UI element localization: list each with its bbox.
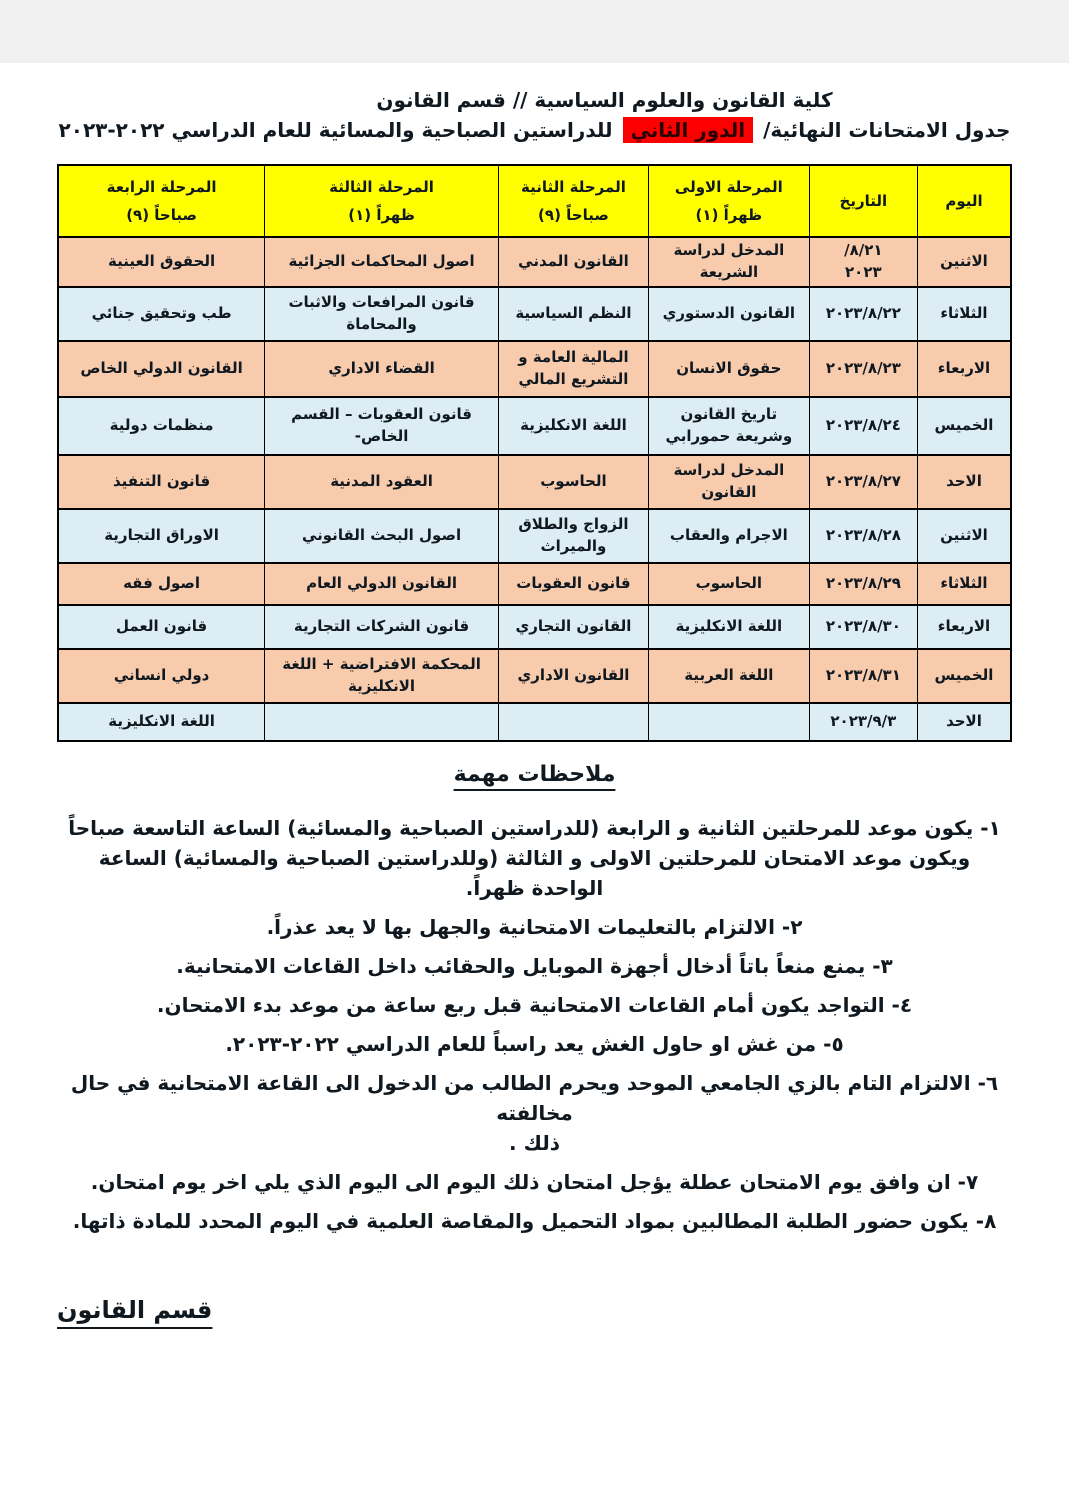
cell-stage3: [265, 703, 499, 741]
cell-stage1: حقوق الانسان: [648, 341, 809, 397]
column-header-time: (٩) صباحاً: [504, 205, 643, 225]
cell-stage2: القانون المدني: [498, 237, 648, 287]
cell-day: الاحد: [917, 455, 1011, 509]
column-header-label: المرحلة الثالثة: [270, 177, 493, 197]
table-header: اليومالتاريخالمرحلة الاولى(١) ظهراًالمرح…: [58, 165, 1011, 237]
cell-stage4: قانون العمل: [58, 605, 265, 649]
cell-stage2: القانون الاداري: [498, 649, 648, 703]
cell-stage3: المحكمة الافتراضية + اللغة الانكليزية: [265, 649, 499, 703]
cell-date: ٢٠٢٣/٨/٢٣: [809, 341, 917, 397]
cell-stage3: العقود المدنية: [265, 455, 499, 509]
cell-day: الثلاثاء: [917, 287, 1011, 341]
cell-stage4: اللغة الانكليزية: [58, 703, 265, 741]
header-row: اليومالتاريخالمرحلة الاولى(١) ظهراًالمرح…: [58, 165, 1011, 237]
cell-date: ٢٠٢٣/٨/٢٧: [809, 455, 917, 509]
note-item: ٧- ان وافق يوم الامتحان عطلة يؤجل امتحان…: [32, 1167, 1037, 1197]
column-header-label: المرحلة الاولى: [654, 177, 804, 197]
cell-stage1: المدخل لدراسة الشريعة: [648, 237, 809, 287]
table-row: الخميس٢٠٢٣/٨/٣١اللغة العربيةالقانون الاد…: [58, 649, 1011, 703]
table-row: الاربعاء٢٠٢٣/٨/٢٣حقوق الانسانالمالية الع…: [58, 341, 1011, 397]
note-item: ٤- التواجد يكون أمام القاعات الامتحانية …: [32, 990, 1037, 1020]
cell-stage3: قانون الشركات التجارية: [265, 605, 499, 649]
cell-stage4: منظمات دولية: [58, 397, 265, 455]
cell-stage4: قانون التنفيذ: [58, 455, 265, 509]
college-title: كلية القانون والعلوم السياسية // قسم الق…: [70, 88, 1069, 112]
column-header-label: التاريخ: [815, 191, 912, 211]
cell-stage3: اصول المحاكمات الجزائية: [265, 237, 499, 287]
cell-day: الخميس: [917, 397, 1011, 455]
table-row: الاحد٢٠٢٣/٨/٢٧المدخل لدراسة القانونالحاس…: [58, 455, 1011, 509]
department-signature: قسم القانون: [0, 1296, 1069, 1324]
column-header-time: (١) ظهراً: [270, 205, 493, 225]
column-header-time: (٩) صباحاً: [64, 205, 259, 225]
column-header-stage2: المرحلة الثانية(٩) صباحاً: [498, 165, 648, 237]
note-item: ٨- يكون حضور الطلبة المطالبين بمواد التح…: [32, 1206, 1037, 1236]
table-row: الاثنين٨/٢١/ ٢٠٢٣المدخل لدراسة الشريعةال…: [58, 237, 1011, 287]
cell-stage1: تاريخ القانون وشريعة حمورابي: [648, 397, 809, 455]
cell-day: الاربعاء: [917, 341, 1011, 397]
column-header-time: (١) ظهراً: [654, 205, 804, 225]
cell-day: الثلاثاء: [917, 563, 1011, 605]
notes-heading: ملاحظات مهمة: [0, 762, 1069, 787]
exam-schedule-table: اليومالتاريخالمرحلة الاولى(١) ظهراًالمرح…: [57, 164, 1012, 742]
cell-stage2: النظم السياسية: [498, 287, 648, 341]
cell-day: الاربعاء: [917, 605, 1011, 649]
cell-stage2: القانون التجاري: [498, 605, 648, 649]
note-item: ٦- الالتزام التام بالزي الجامعي الموحد و…: [32, 1068, 1037, 1158]
schedule-title: جدول الامتحانات النهائية/ الدور الثاني ل…: [0, 118, 1069, 142]
table-row: الاربعاء٢٠٢٣/٨/٣٠اللغة الانكليزيةالقانون…: [58, 605, 1011, 649]
cell-stage3: قانون المرافعات والاثبات والمحاماة: [265, 287, 499, 341]
cell-day: الاحد: [917, 703, 1011, 741]
cell-date: ٢٠٢٣/٨/٣١: [809, 649, 917, 703]
cell-stage1: الاجرام والعقاب: [648, 509, 809, 563]
cell-stage2: الحاسوب: [498, 455, 648, 509]
column-header-stage3: المرحلة الثالثة(١) ظهراً: [265, 165, 499, 237]
cell-date: ٢٠٢٣/٩/٣: [809, 703, 917, 741]
table-row: الاثنين٢٠٢٣/٨/٢٨الاجرام والعقابالزواج وا…: [58, 509, 1011, 563]
exam-round-highlight: الدور الثاني: [623, 117, 754, 143]
schedule-title-pre: جدول الامتحانات النهائية/: [756, 118, 1010, 142]
column-header-stage1: المرحلة الاولى(١) ظهراً: [648, 165, 809, 237]
table-row: الخميس٢٠٢٣/٨/٢٤تاريخ القانون وشريعة حمور…: [58, 397, 1011, 455]
cell-stage1: [648, 703, 809, 741]
column-header-label: المرحلة الثانية: [504, 177, 643, 197]
cell-date: ٢٠٢٣/٨/٢٤: [809, 397, 917, 455]
top-strip: [0, 0, 1069, 63]
note-item: ٢- الالتزام بالتعليمات الامتحانية والجهل…: [32, 912, 1037, 942]
column-header-label: المرحلة الرابعة: [64, 177, 259, 197]
cell-stage4: اصول فقه: [58, 563, 265, 605]
cell-date: ٢٠٢٣/٨/٢٩: [809, 563, 917, 605]
table-body: الاثنين٨/٢١/ ٢٠٢٣المدخل لدراسة الشريعةال…: [58, 237, 1011, 741]
cell-stage4: طب وتحقيق جنائي: [58, 287, 265, 341]
department-signature-text: قسم القانون: [57, 1296, 212, 1324]
cell-stage3: القانون الدولي العام: [265, 563, 499, 605]
table-row: الثلاثاء٢٠٢٣/٨/٢٩الحاسوبقانون العقوباتال…: [58, 563, 1011, 605]
cell-stage2: المالية العامة و التشريع المالي: [498, 341, 648, 397]
column-header-label: اليوم: [923, 191, 1005, 211]
cell-date: ٢٠٢٣/٨/٣٠: [809, 605, 917, 649]
cell-stage3: القضاء الاداري: [265, 341, 499, 397]
column-header-stage4: المرحلة الرابعة(٩) صباحاً: [58, 165, 265, 237]
cell-stage2: اللغة الانكليزية: [498, 397, 648, 455]
column-header-date: التاريخ: [809, 165, 917, 237]
cell-day: الاثنين: [917, 237, 1011, 287]
cell-stage3: اصول البحث القانوني: [265, 509, 499, 563]
table-row: الاحد٢٠٢٣/٩/٣اللغة الانكليزية: [58, 703, 1011, 741]
cell-stage1: القانون الدستوري: [648, 287, 809, 341]
cell-stage4: الحقوق العينية: [58, 237, 265, 287]
cell-stage4: القانون الدولي الخاص: [58, 341, 265, 397]
schedule-title-post: للدراستين الصباحية والمسائية للعام الدرا…: [59, 118, 620, 142]
cell-stage4: الاوراق التجارية: [58, 509, 265, 563]
cell-stage2: قانون العقوبات: [498, 563, 648, 605]
cell-stage1: اللغة الانكليزية: [648, 605, 809, 649]
column-header-day: اليوم: [917, 165, 1011, 237]
exam-schedule-document: كلية القانون والعلوم السياسية // قسم الق…: [0, 88, 1069, 1324]
cell-date: ٨/٢١/ ٢٠٢٣: [809, 237, 917, 287]
cell-date: ٢٠٢٣/٨/٢٨: [809, 509, 917, 563]
note-item: ٥- من غش او حاول الغش يعد راسباً للعام ا…: [32, 1029, 1037, 1059]
table-row: الثلاثاء٢٠٢٣/٨/٢٢القانون الدستوريالنظم ا…: [58, 287, 1011, 341]
cell-date: ٢٠٢٣/٨/٢٢: [809, 287, 917, 341]
cell-day: الاثنين: [917, 509, 1011, 563]
note-item: ٣- يمنع منعاً باتاً أدخال أجهزة الموبايل…: [32, 951, 1037, 981]
cell-stage2: [498, 703, 648, 741]
cell-stage4: دولي انساني: [58, 649, 265, 703]
cell-stage1: اللغة العربية: [648, 649, 809, 703]
cell-stage2: الزواج والطلاق والميراث: [498, 509, 648, 563]
cell-stage1: الحاسوب: [648, 563, 809, 605]
notes-list: ١- يكون موعد للمرحلتين الثانية و الرابعة…: [32, 813, 1037, 1236]
cell-stage3: قانون العقوبات – القسم الخاص-: [265, 397, 499, 455]
cell-day: الخميس: [917, 649, 1011, 703]
note-item: ١- يكون موعد للمرحلتين الثانية و الرابعة…: [32, 813, 1037, 903]
cell-stage1: المدخل لدراسة القانون: [648, 455, 809, 509]
